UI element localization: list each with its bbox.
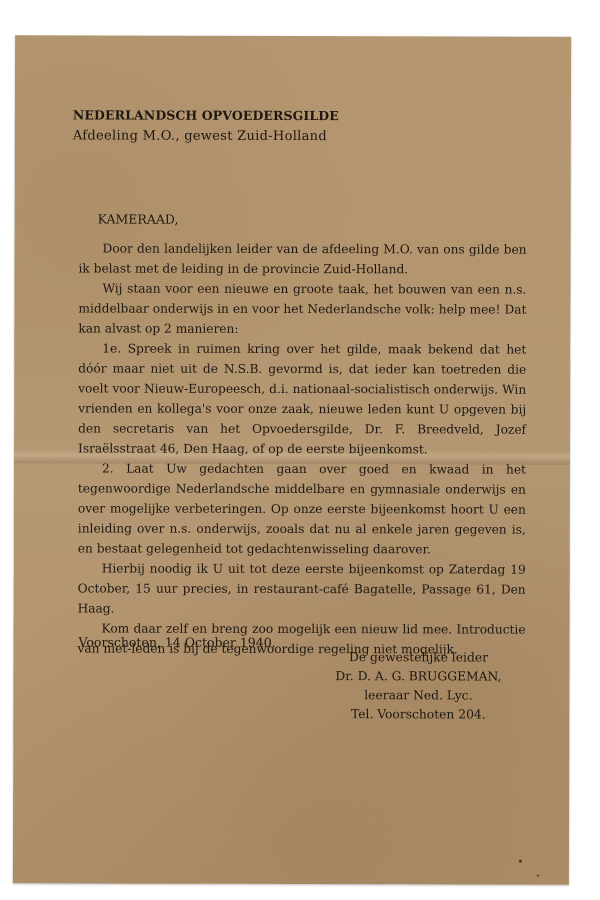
paragraph-intro: Door den landelijken leider van de afdee… [78,238,526,279]
signature-position: leeraar Ned. Lyc. [323,686,513,705]
signature-block: De gewestelijke leider Dr. D. A. G. BRUG… [323,648,513,724]
salutation: KAMERAAD, [98,209,179,229]
signature-phone: Tel. Voorschoten 204. [323,705,513,724]
paragraph-point-2: 2. Laat Uw gedachten gaan over goed en k… [78,458,526,559]
paper-stain [519,860,522,863]
signature-title: De gewestelijke leider [323,648,513,667]
place-date: Voorschoten, 14 October 1940. [78,632,275,653]
department-line: Afdeeling M.O., gewest Zuid-Holland [73,126,327,147]
letter-sheet: NEDERLANDSCH OPVOEDERSGILDE Afdeeling M.… [13,35,571,884]
organization-name: NEDERLANDSCH OPVOEDERSGILDE [73,105,339,126]
paragraph-task: Wij staan voor een nieuwe en groote taak… [78,278,526,339]
paragraph-invitation: Hierbij noodig ik U uit tot deze eerste … [78,558,526,619]
signature-name: Dr. D. A. G. BRUGGEMAN, [323,667,513,686]
paper-stain [537,875,539,877]
letter-body: Door den landelijken leider van de afdee… [77,238,526,659]
paragraph-point-1: 1e. Spreek in ruimen kring over het gild… [78,338,526,459]
